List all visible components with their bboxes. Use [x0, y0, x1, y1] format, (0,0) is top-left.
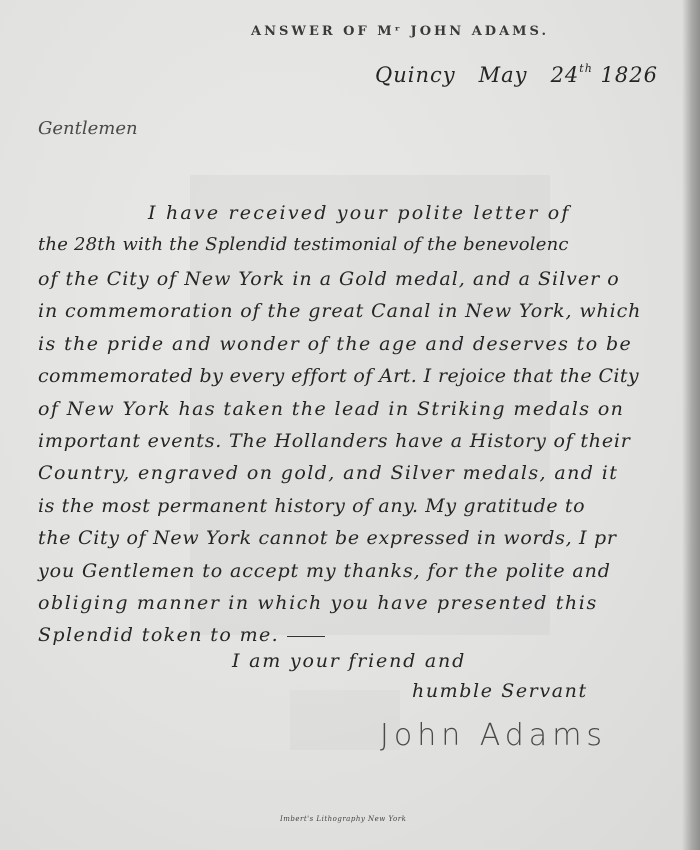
closing-line: humble Servant [412, 680, 588, 702]
body-line: the 28th with the Splendid testimonial o… [38, 234, 569, 255]
salutation: Gentlemen [38, 118, 138, 139]
dateline-day-suffix: th [579, 62, 593, 75]
body-line: you Gentlemen to accept my thanks, for t… [38, 560, 611, 582]
body-line: of New York has taken the lead in Striki… [38, 398, 624, 420]
body-line: obliging manner in which you have presen… [38, 592, 598, 614]
dateline-place: Quincy [375, 63, 456, 87]
body-line: the City of New York cannot be expressed… [38, 527, 617, 549]
body-line-last: Splendid token to me. [38, 624, 325, 646]
body-line: I have received your polite letter of [148, 202, 571, 224]
body-line: is the most permanent history of any. My… [38, 495, 585, 517]
page-edge-shadow [682, 0, 700, 850]
closing-line: I am your friend and [232, 650, 466, 672]
body-line: commemorated by every effort of Art. I r… [38, 365, 639, 387]
dateline-year: 1826 [601, 63, 658, 87]
lithographer-imprint: Imbert's Lithography New York [280, 815, 406, 823]
closing-dash [287, 636, 325, 637]
body-line: of the City of New York in a Gold medal,… [38, 268, 620, 290]
dateline-day: 24 [551, 63, 580, 87]
dateline-month: May [479, 63, 528, 87]
body-line-text: Splendid token to me. [38, 624, 279, 646]
signature: John Adams [380, 718, 607, 753]
body-line: in commemoration of the great Canal in N… [38, 300, 641, 322]
letter-heading: ANSWER OF Mʳ JOHN ADAMS. [0, 24, 700, 39]
body-line: Country, engraved on gold, and Silver me… [38, 462, 618, 484]
body-line: important events. The Hollanders have a … [38, 430, 631, 452]
body-line: is the pride and wonder of the age and d… [38, 333, 632, 355]
letter-page: ANSWER OF Mʳ JOHN ADAMS. Quincy May 24th… [0, 0, 700, 850]
dateline: Quincy May 24th 1826 [375, 62, 658, 87]
